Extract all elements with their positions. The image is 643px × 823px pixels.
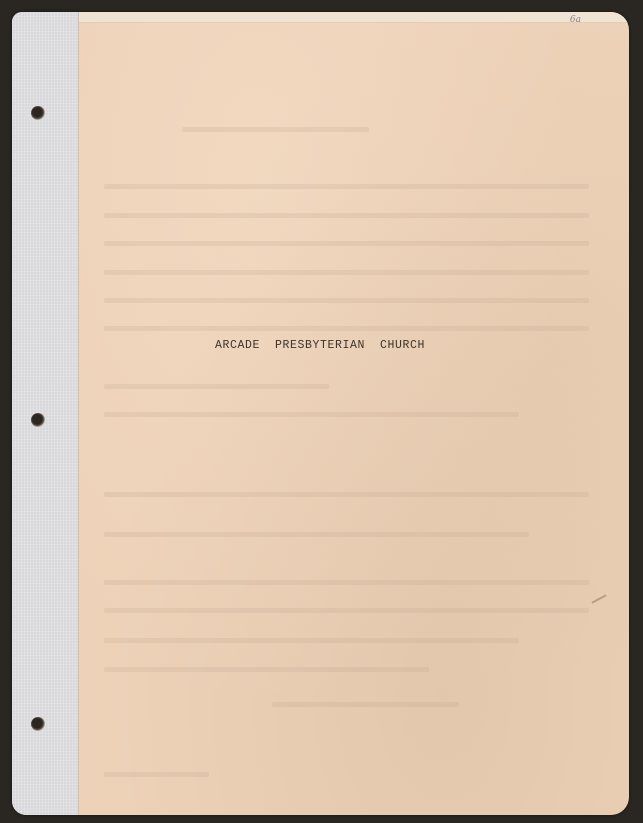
punch-hole-icon: [31, 106, 45, 120]
bleed-through-line: [104, 184, 589, 189]
bleed-through-line: [104, 667, 429, 672]
bleed-through-line: [104, 412, 519, 417]
bleed-through-line: [104, 326, 589, 331]
bleed-through-line: [104, 298, 589, 303]
bleed-through-line: [104, 213, 589, 218]
cloth-binding-strip: [12, 12, 79, 815]
bleed-through-line: [104, 384, 329, 389]
bleed-through-line: [272, 702, 459, 707]
bleed-through-line: [104, 638, 519, 643]
page-number-mark: 6a: [570, 15, 581, 25]
paper-crease: [591, 594, 606, 603]
punch-hole-icon: [31, 413, 45, 427]
bleed-through-line: [182, 127, 369, 132]
document-page: 6a ARCADE PRESBYTERIAN CHURCH: [12, 12, 629, 815]
bleed-through-line: [104, 772, 209, 777]
bleed-through-line: [104, 270, 589, 275]
bleed-through-line: [104, 580, 589, 585]
document-heading: ARCADE PRESBYTERIAN CHURCH: [215, 339, 425, 352]
page-top-edge: [78, 12, 629, 23]
bleed-through-line: [104, 532, 529, 537]
bleed-through-line: [104, 492, 589, 497]
bleed-through-line: [104, 608, 589, 613]
punch-hole-icon: [31, 717, 45, 731]
bleed-through-line: [104, 241, 589, 246]
